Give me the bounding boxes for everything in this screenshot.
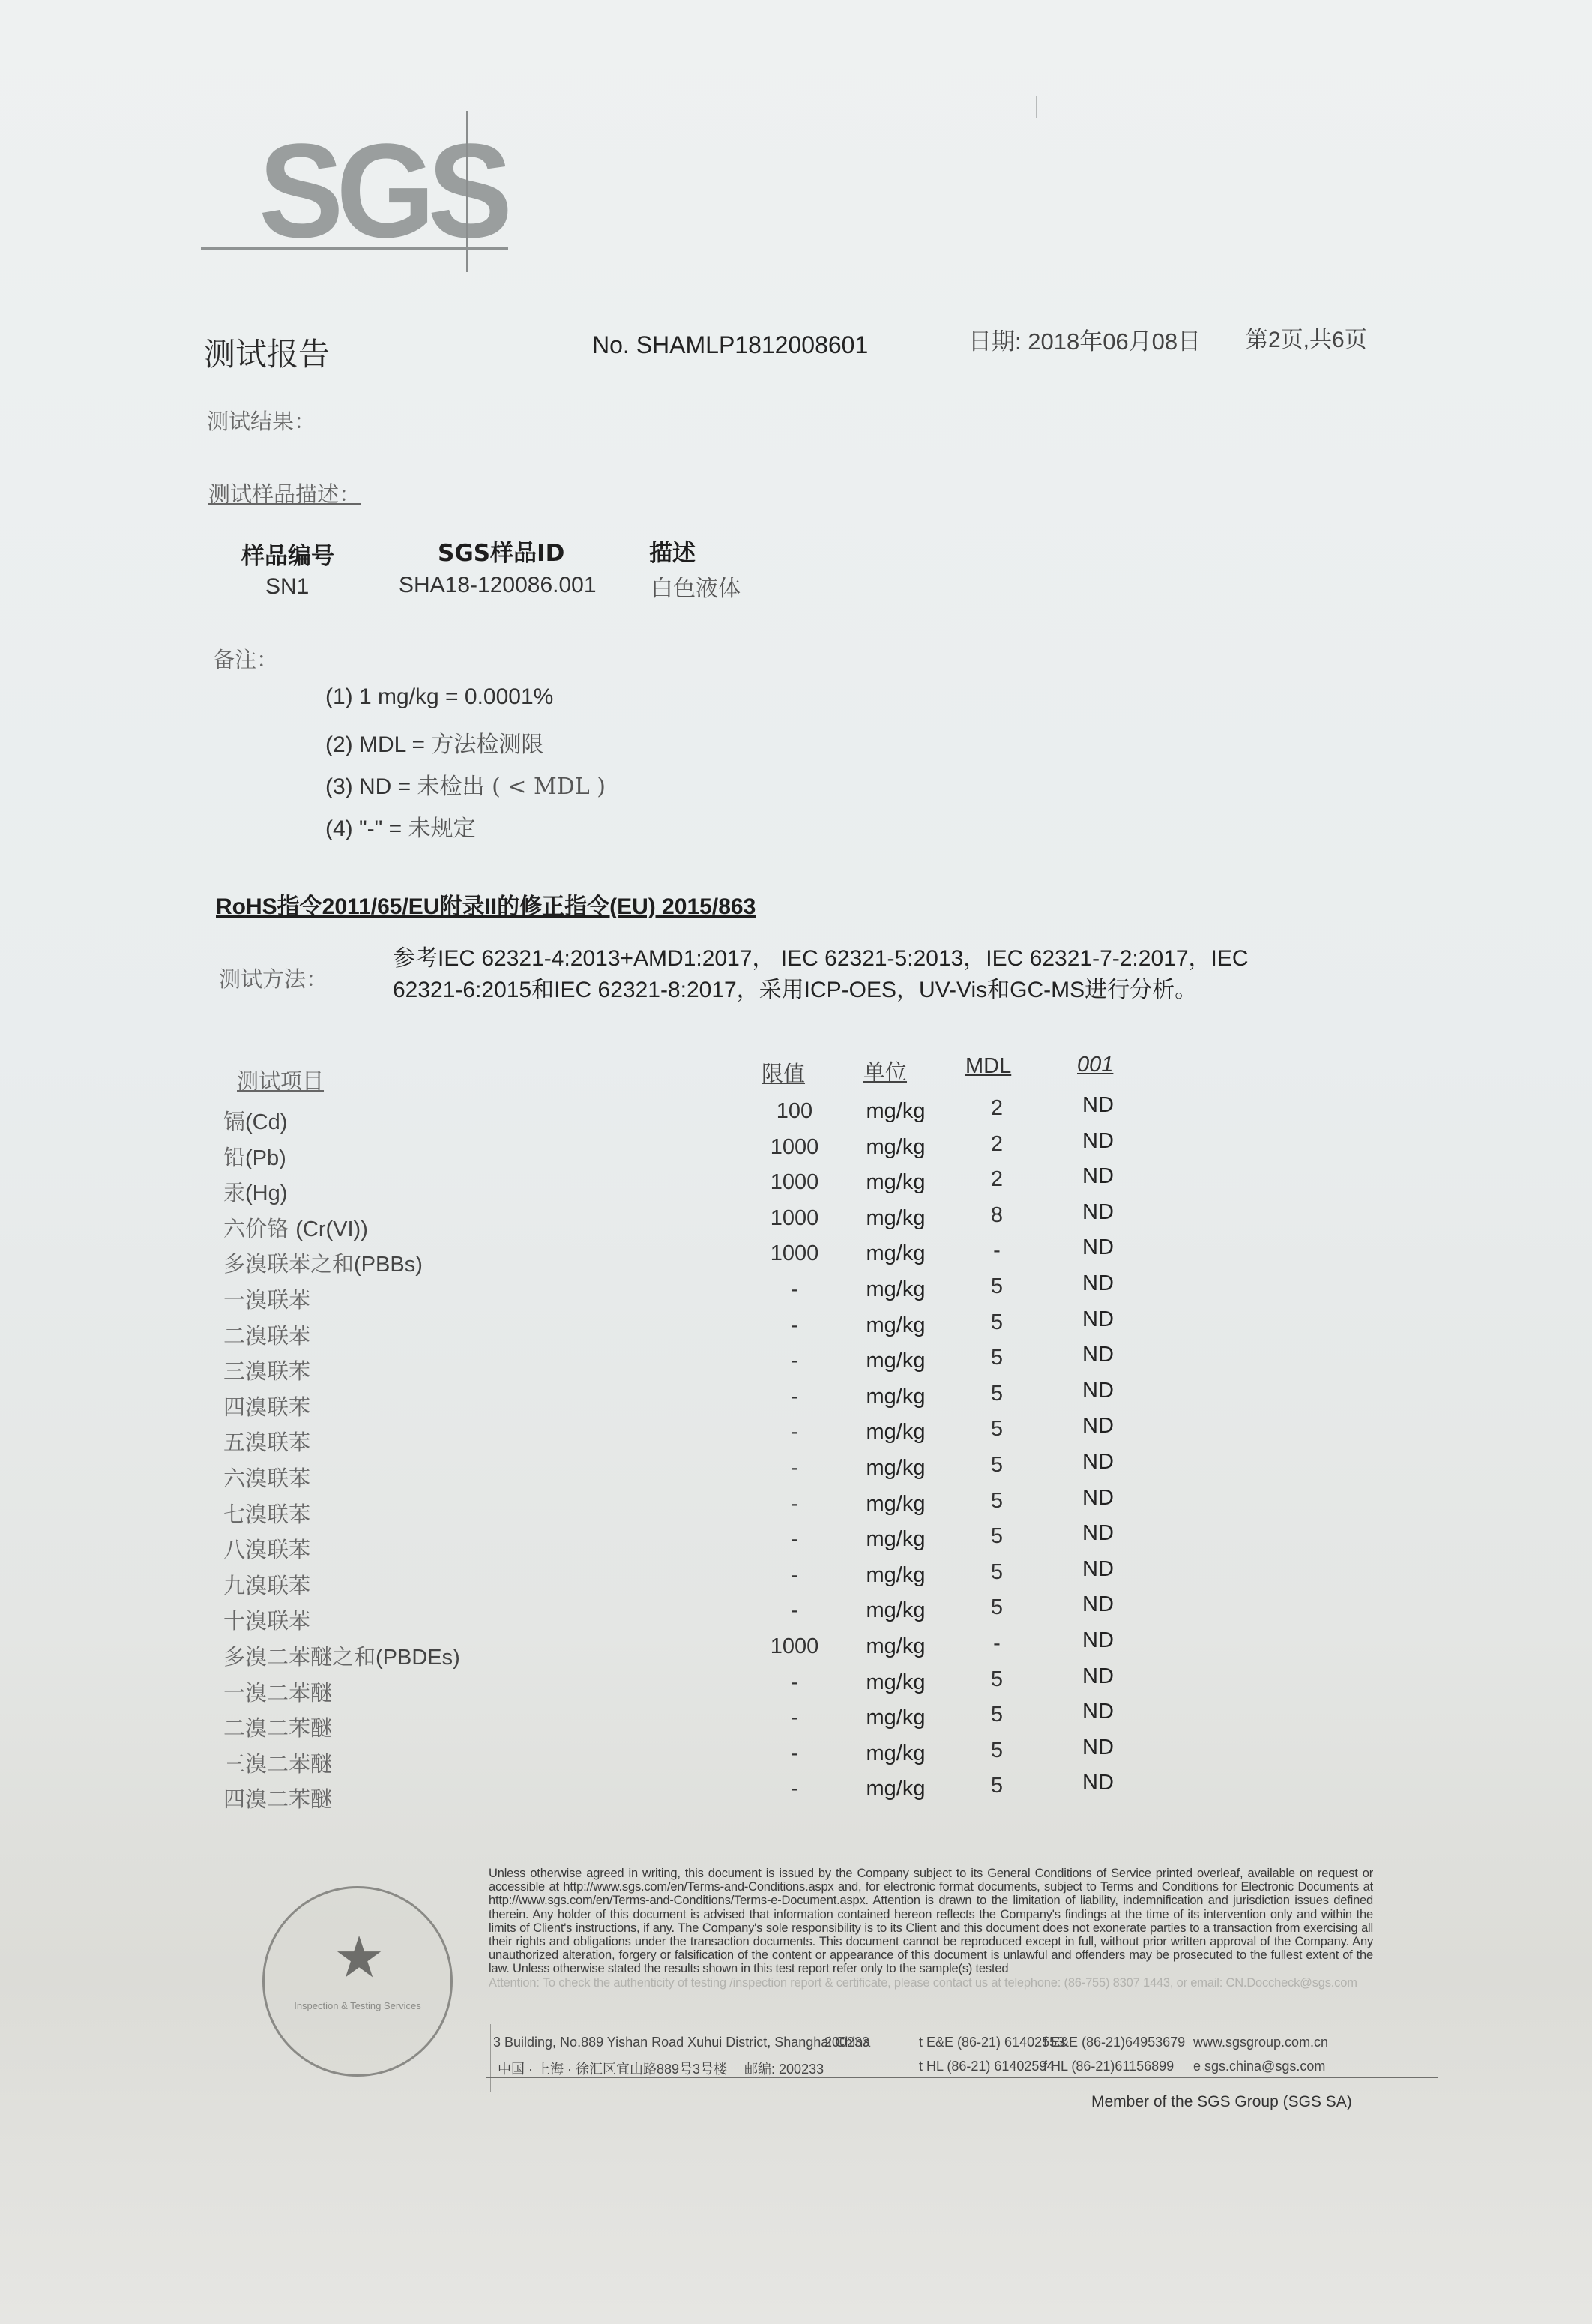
sample-header-number: 样品编号 — [241, 537, 334, 571]
table-row: 三溴联苯-mg/kg5ND — [0, 1349, 1592, 1385]
mdl-value: 5 — [967, 1453, 1027, 1478]
test-item-symbol: (Pb) — [245, 1146, 286, 1170]
sgs-logo: SGS — [259, 124, 505, 259]
table-row: 七溴联苯-mg/kg5ND — [0, 1492, 1592, 1528]
disclaimer-text: Unless otherwise agreed in writing, this… — [489, 1867, 1373, 1975]
unit-value: mg/kg — [854, 1349, 937, 1373]
note-text: (1) 1 mg/kg = 0.0001% — [325, 684, 553, 709]
unit-value: mg/kg — [854, 1420, 937, 1445]
limit-value: - — [757, 1385, 832, 1409]
test-item-name: 一溴二苯醚 — [223, 1676, 332, 1707]
test-item-symbol: (PBDEs) — [376, 1646, 460, 1670]
unit-value: mg/kg — [854, 1634, 937, 1659]
unit-value: mg/kg — [854, 1563, 937, 1588]
unit-value: mg/kg — [854, 1313, 937, 1338]
report-title: 测试报告 — [204, 330, 330, 375]
mdl-value: 2 — [967, 1096, 1027, 1121]
limit-value: - — [757, 1313, 832, 1338]
result-value: ND — [1068, 1700, 1128, 1724]
test-item-name: 三溴二苯醚 — [223, 1747, 332, 1778]
result-value: ND — [1068, 1129, 1128, 1154]
mdl-value: 8 — [967, 1203, 1027, 1228]
rohs-section-title: RoHS指令2011/65/EU附录II的修正指令(EU) 2015/863 — [216, 888, 756, 921]
seal-text: Inspection & Testing Services — [294, 2000, 421, 2011]
table-row: 四溴二苯醚-mg/kg5ND — [0, 1777, 1592, 1813]
table-row: 一溴联苯-mg/kg5ND — [0, 1277, 1592, 1313]
test-item-cn: 二溴二苯醚 — [223, 1715, 332, 1741]
mdl-value: 5 — [967, 1595, 1027, 1620]
test-item-symbol: (PBBs) — [354, 1253, 423, 1277]
result-value: ND — [1068, 1557, 1128, 1582]
results-header-sample: 001 — [1077, 1053, 1113, 1077]
limit-value: - — [757, 1598, 832, 1623]
unit-value: mg/kg — [854, 1241, 937, 1266]
unit-value: mg/kg — [854, 1742, 937, 1766]
sample-description: 白色液体 — [651, 570, 741, 603]
test-method-label: 测试方法： — [219, 963, 328, 993]
limit-value: - — [757, 1527, 832, 1552]
sample-sgs-id: SHA18-120086.001 — [399, 573, 597, 598]
fax-hl: f HL (86-21)61156899 — [1043, 2059, 1174, 2074]
result-value: ND — [1068, 1235, 1128, 1260]
unit-value: mg/kg — [854, 1598, 937, 1623]
result-value: ND — [1068, 1271, 1128, 1296]
test-item-name: 二溴联苯 — [223, 1319, 310, 1350]
result-value: ND — [1068, 1343, 1128, 1367]
result-value: ND — [1068, 1628, 1128, 1653]
results-header-item: 测试项目 — [237, 1065, 324, 1095]
note-text-cn: 未规定 — [408, 816, 475, 842]
test-item-name: 三溴联苯 — [223, 1355, 310, 1385]
test-item-name: 六溴联苯 — [223, 1462, 310, 1493]
test-item-symbol: (Cd) — [245, 1110, 287, 1134]
test-item-cn: 三溴联苯 — [223, 1358, 310, 1384]
note-text: (4) "-" = — [325, 816, 408, 841]
unit-value: mg/kg — [854, 1527, 937, 1552]
test-item-name: 汞(Hg) — [223, 1176, 287, 1207]
address-cn: 中国 · 上海 · 徐汇区宜山路889号3号楼 邮编: 200233 — [498, 2059, 824, 2078]
limit-value: - — [757, 1277, 832, 1302]
test-method-text: 参考IEC 62321-4:2013+AMD1:2017， IEC 62321-… — [393, 943, 1322, 1006]
unit-value: mg/kg — [854, 1492, 937, 1517]
fax-ee: f E&E (86-21)64953679 — [1043, 2035, 1185, 2050]
table-row: 六溴联苯-mg/kg5ND — [0, 1456, 1592, 1492]
result-value: ND — [1068, 1521, 1128, 1546]
test-item-name: 六价铬 (Cr(VI)) — [223, 1212, 368, 1243]
test-item-name: 五溴联苯 — [223, 1426, 310, 1457]
report-date: 日期: 2018年06月08日 — [968, 322, 1201, 356]
test-item-name: 多溴联苯之和(PBBs) — [223, 1247, 423, 1278]
test-item-name: 二溴二苯醚 — [223, 1712, 332, 1742]
table-row: 九溴联苯-mg/kg5ND — [0, 1563, 1592, 1599]
mdl-value: 5 — [967, 1739, 1027, 1763]
unit-value: mg/kg — [854, 1206, 937, 1231]
test-item-name: 四溴二苯醚 — [223, 1783, 332, 1813]
legal-disclaimer: Unless otherwise agreed in writing, this… — [489, 1867, 1373, 1990]
limit-value: 100 — [757, 1099, 832, 1124]
note-text: (3) ND = — [325, 774, 417, 799]
footer-divider-vertical — [490, 2024, 491, 2092]
table-row: 铅(Pb)1000mg/kg2ND — [0, 1135, 1592, 1171]
mdl-value: - — [967, 1631, 1027, 1656]
result-value: ND — [1068, 1450, 1128, 1475]
website: www.sgsgroup.com.cn — [1193, 2035, 1328, 2050]
mdl-value: 5 — [967, 1489, 1027, 1514]
notes-label: 备注： — [213, 643, 278, 674]
mdl-value: 5 — [967, 1274, 1027, 1299]
test-item-name: 九溴联苯 — [223, 1569, 310, 1600]
note-text: (2) MDL = — [325, 732, 431, 757]
results-header-mdl: MDL — [965, 1054, 1011, 1079]
logo-divider-horizontal — [201, 247, 508, 250]
unit-value: mg/kg — [854, 1277, 937, 1302]
test-item-name: 七溴联苯 — [223, 1498, 310, 1529]
table-row: 五溴联苯-mg/kg5ND — [0, 1420, 1592, 1456]
test-item-name: 多溴二苯醚之和(PBDEs) — [223, 1640, 460, 1671]
authenticity-note: Attention: To check the authenticity of … — [489, 1976, 1357, 1990]
limit-value: - — [757, 1742, 832, 1766]
mdl-value: 5 — [967, 1667, 1027, 1692]
result-value: ND — [1068, 1736, 1128, 1760]
results-header-limit: 限值 — [762, 1057, 805, 1088]
result-value: ND — [1068, 1592, 1128, 1617]
table-row: 四溴联苯-mg/kg5ND — [0, 1385, 1592, 1421]
address-en: 3 Building, No.889 Yishan Road Xuhui Dis… — [493, 2035, 870, 2050]
mdl-value: 5 — [967, 1774, 1027, 1798]
limit-value: 1000 — [757, 1206, 832, 1231]
sample-header-description: 描述 — [649, 534, 696, 568]
unit-value: mg/kg — [854, 1385, 937, 1409]
test-item-cn: 汞 — [223, 1180, 245, 1205]
test-item-cn: 多溴二苯醚之和 — [223, 1644, 376, 1670]
star-icon: ★ — [334, 1930, 385, 1987]
table-row: 镉(Cd)100mg/kg2ND — [0, 1099, 1592, 1135]
table-row: 汞(Hg)1000mg/kg2ND — [0, 1170, 1592, 1206]
result-value: ND — [1068, 1093, 1128, 1118]
test-item-cn: 六价铬 — [223, 1216, 295, 1241]
results-header-unit: 单位 — [863, 1056, 907, 1086]
limit-value: 1000 — [757, 1135, 832, 1160]
test-item-symbol: (Cr(VI)) — [295, 1217, 368, 1241]
result-value: ND — [1068, 1771, 1128, 1795]
test-item-name: 十溴联苯 — [223, 1604, 310, 1635]
result-value: ND — [1068, 1307, 1128, 1332]
unit-value: mg/kg — [854, 1777, 937, 1801]
limit-value: 1000 — [757, 1170, 832, 1195]
results-label: 测试结果： — [207, 405, 316, 436]
test-item-name: 四溴联苯 — [223, 1391, 310, 1421]
mdl-value: 5 — [967, 1310, 1027, 1335]
test-item-cn: 二溴联苯 — [223, 1323, 310, 1349]
sample-header-sgs-id: SGS样品ID — [438, 534, 564, 568]
test-item-cn: 五溴联苯 — [223, 1430, 310, 1455]
phone-hl: t HL (86-21) 61402594 — [919, 2059, 1054, 2074]
table-row: 八溴联苯-mg/kg5ND — [0, 1527, 1592, 1563]
limit-value: 1000 — [757, 1634, 832, 1659]
sample-description-label: 测试样品描述： — [208, 478, 361, 508]
table-row: 多溴二苯醚之和(PBDEs)1000mg/kg-ND — [0, 1634, 1592, 1670]
member-of-sgs-group: Member of the SGS Group (SGS SA) — [1091, 2093, 1352, 2111]
limit-value: - — [757, 1492, 832, 1517]
limit-value: - — [757, 1706, 832, 1730]
fold-mark — [1036, 96, 1037, 118]
postcode-en: 200233 — [824, 2035, 869, 2050]
mdl-value: 5 — [967, 1560, 1027, 1585]
test-item-cn: 七溴联苯 — [223, 1502, 310, 1527]
result-value: ND — [1068, 1664, 1128, 1689]
test-item-cn: 十溴联苯 — [223, 1608, 310, 1634]
table-row: 一溴二苯醚-mg/kg5ND — [0, 1670, 1592, 1706]
result-value: ND — [1068, 1200, 1128, 1225]
limit-value: 1000 — [757, 1241, 832, 1266]
table-row: 三溴二苯醚-mg/kg5ND — [0, 1742, 1592, 1777]
test-item-cn: 三溴二苯醚 — [223, 1751, 332, 1777]
report-number: No. SHAMLP1812008601 — [592, 331, 868, 359]
test-item-name: 一溴联苯 — [223, 1283, 310, 1314]
limit-value: - — [757, 1777, 832, 1801]
unit-value: mg/kg — [854, 1456, 937, 1481]
test-item-name: 镉(Cd) — [223, 1105, 287, 1136]
test-item-symbol: (Hg) — [245, 1181, 287, 1205]
test-item-cn: 一溴联苯 — [223, 1287, 310, 1313]
limit-value: - — [757, 1563, 832, 1588]
note-item: (4) "-" = 未规定 — [325, 810, 475, 843]
note-item: (2) MDL = 方法检测限 — [325, 726, 543, 759]
mdl-value: 5 — [967, 1346, 1027, 1370]
test-item-cn: 多溴联苯之和 — [223, 1251, 354, 1277]
test-item-cn: 一溴二苯醚 — [223, 1680, 332, 1706]
mdl-value: 2 — [967, 1132, 1027, 1157]
table-row: 二溴联苯-mg/kg5ND — [0, 1313, 1592, 1349]
unit-value: mg/kg — [854, 1170, 937, 1195]
test-item-name: 八溴联苯 — [223, 1533, 310, 1564]
mdl-value: 5 — [967, 1703, 1027, 1727]
result-value: ND — [1068, 1486, 1128, 1511]
mdl-value: 5 — [967, 1382, 1027, 1406]
mdl-value: - — [967, 1238, 1027, 1263]
limit-value: - — [757, 1670, 832, 1695]
result-value: ND — [1068, 1379, 1128, 1403]
page-indicator: 第2页,共6页 — [1246, 321, 1367, 354]
test-item-cn: 四溴二苯醚 — [223, 1786, 332, 1812]
note-text-cn: 未检出 ( < MDL ) — [417, 774, 606, 800]
mdl-value: 5 — [967, 1524, 1027, 1549]
unit-value: mg/kg — [854, 1135, 937, 1160]
test-item-cn: 九溴联苯 — [223, 1573, 310, 1598]
unit-value: mg/kg — [854, 1670, 937, 1695]
table-row: 十溴联苯-mg/kg5ND — [0, 1598, 1592, 1634]
limit-value: - — [757, 1456, 832, 1481]
test-item-name: 铅(Pb) — [223, 1141, 286, 1172]
table-row: 多溴联苯之和(PBBs)1000mg/kg-ND — [0, 1241, 1592, 1277]
unit-value: mg/kg — [854, 1099, 937, 1124]
footer-divider — [486, 2077, 1438, 2078]
limit-value: - — [757, 1349, 832, 1373]
test-item-cn: 四溴联苯 — [223, 1394, 310, 1420]
result-value: ND — [1068, 1414, 1128, 1439]
test-item-cn: 六溴联苯 — [223, 1466, 310, 1491]
sample-number: SN1 — [265, 574, 309, 600]
note-item: (3) ND = 未检出 ( < MDL ) — [325, 768, 606, 801]
mdl-value: 2 — [967, 1167, 1027, 1192]
note-text-cn: 方法检测限 — [431, 732, 543, 758]
test-item-cn: 八溴联苯 — [223, 1537, 310, 1562]
table-row: 二溴二苯醚-mg/kg5ND — [0, 1706, 1592, 1742]
test-item-cn: 镉 — [223, 1109, 245, 1134]
test-item-cn: 铅 — [223, 1145, 245, 1170]
email: e sgs.china@sgs.com — [1193, 2059, 1325, 2074]
note-item: (1) 1 mg/kg = 0.0001% — [325, 684, 553, 710]
table-row: 六价铬 (Cr(VI))1000mg/kg8ND — [0, 1206, 1592, 1242]
mdl-value: 5 — [967, 1417, 1027, 1442]
limit-value: - — [757, 1420, 832, 1445]
result-value: ND — [1068, 1164, 1128, 1189]
unit-value: mg/kg — [854, 1706, 937, 1730]
